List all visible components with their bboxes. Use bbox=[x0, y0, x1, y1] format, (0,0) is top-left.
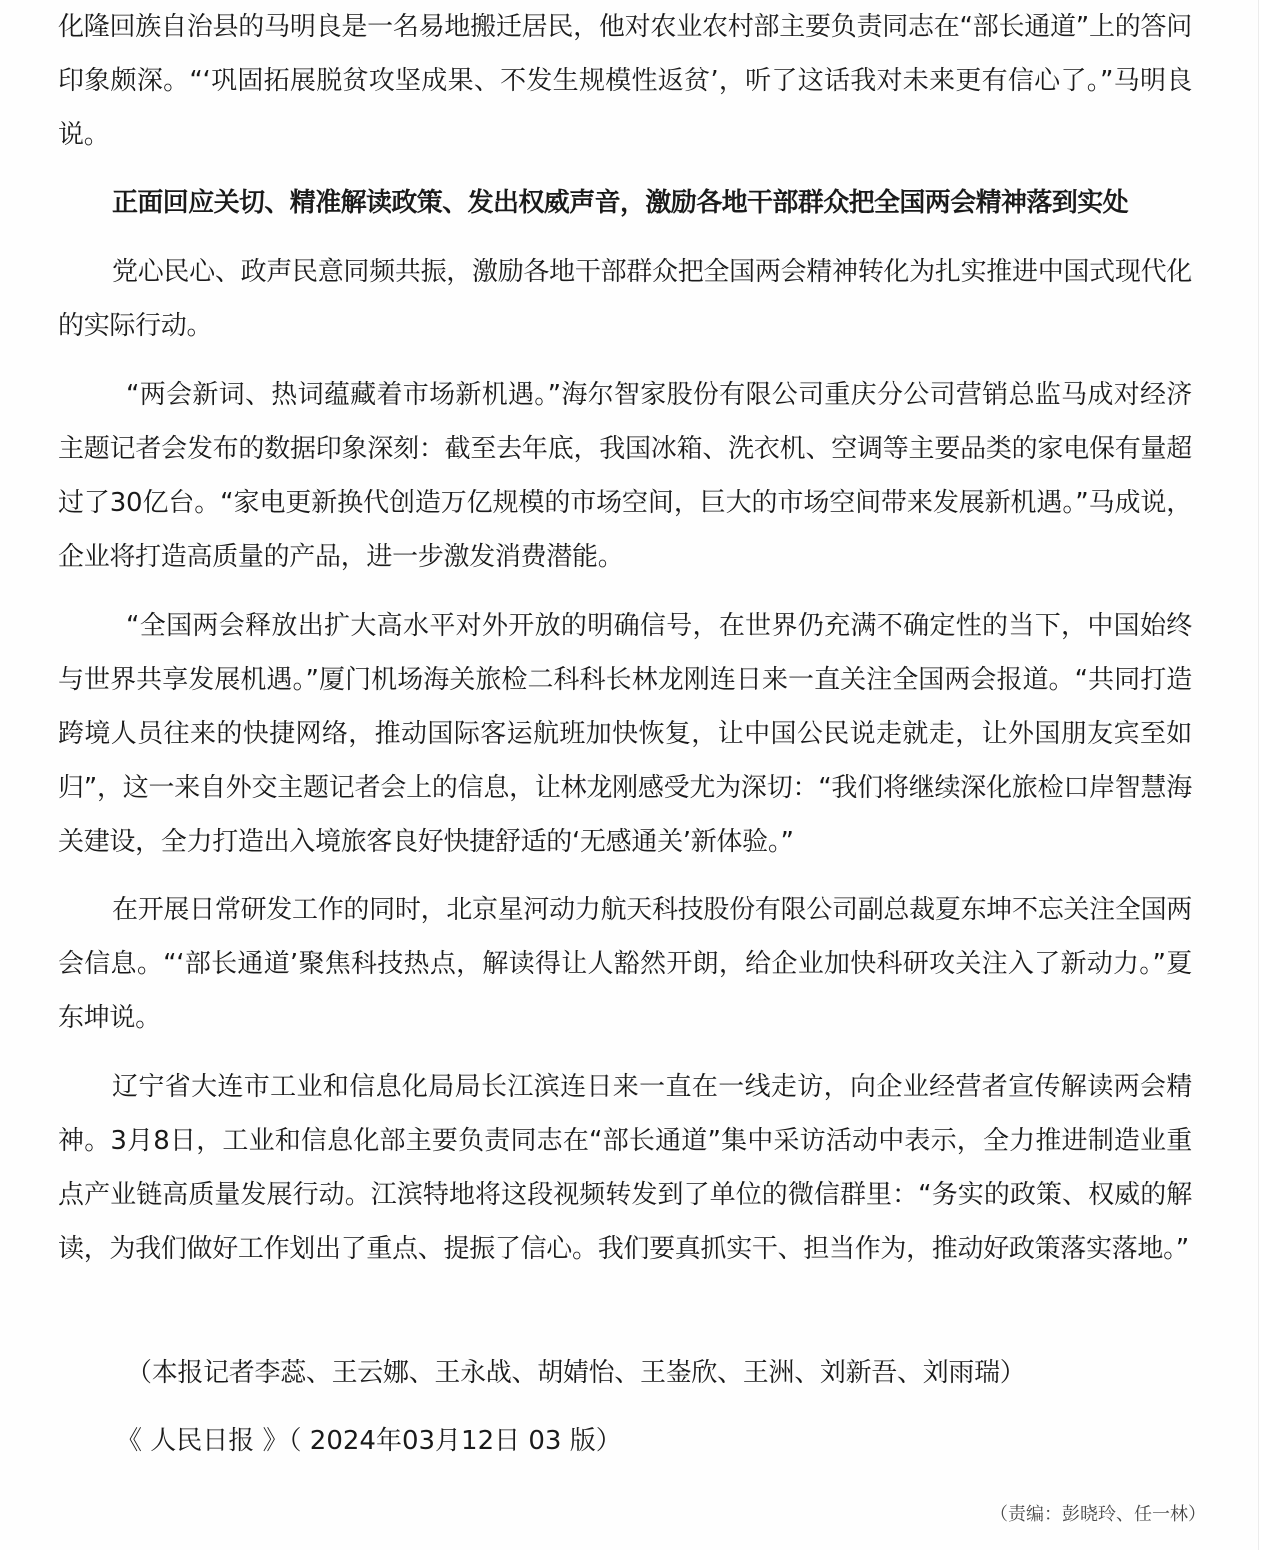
section-subheading: 正面回应关切、精准解读政策、发出权威声音，激励各地干部群众把全国两会精神落到实处 bbox=[58, 176, 1128, 230]
page-right-border bbox=[1258, 0, 1259, 1550]
reporter-credits: （本报记者李蕊、王云娜、王永战、胡婧怡、王崟欣、王洲、刘新吾、刘雨瑞） bbox=[126, 1346, 1026, 1400]
paragraph-xiamen-customs: “全国两会释放出扩大高水平对外开放的明确信号，在世界仍充满不确定性的当下，中国始… bbox=[58, 599, 1192, 869]
editor-credits: （责编：彭晓玲、任一林） bbox=[990, 1500, 1206, 1530]
paragraph-ma-mingliang: 化隆回族自治县的马明良是一名易地搬迁居民，他对农业农村部主要负责同志在“部长通道… bbox=[58, 0, 1192, 162]
article-page: 化隆回族自治县的马明良是一名易地搬迁居民，他对农业农村部主要负责同志在“部长通道… bbox=[0, 0, 1258, 1550]
paragraph-dalian-industry: 辽宁省大连市工业和信息化局局长江滨连日来一直在一线走访，向企业经营者宣传解读两会… bbox=[58, 1060, 1192, 1276]
paragraph-xinghe-aerospace: 在开展日常研发工作的同时，北京星河动力航天科技股份有限公司副总裁夏东坤不忘关注全… bbox=[58, 883, 1192, 1045]
paragraph-haier-macheng: “两会新词、热词蕴藏着市场新机遇。”海尔智家股份有限公司重庆分公司营销总监马成对… bbox=[58, 368, 1192, 584]
source-citation: 《 人民日报 》（ 2024年03月12日 03 版） bbox=[116, 1414, 622, 1468]
paragraph-intro-resonance: 党心民心、政声民意同频共振，激励各地干部群众把全国两会精神转化为扎实推进中国式现… bbox=[58, 245, 1192, 353]
